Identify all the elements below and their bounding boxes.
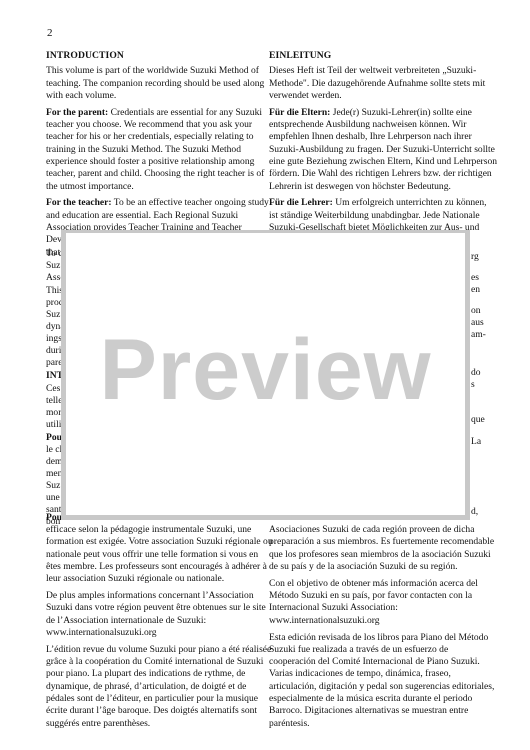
- clipped-text-fragment: mor: [46, 407, 61, 419]
- clipped-text-fragment: s: [471, 379, 475, 391]
- clipped-text-fragment: Suz: [46, 260, 60, 272]
- spanish-info-paragraph: Con el objetivo de obtener más informaci…: [269, 578, 497, 627]
- french-info-paragraph: De plus amples informations concernant l…: [46, 590, 274, 639]
- spanish-formation-paragraph: Asociaciones Suzuki de cada región prove…: [269, 524, 497, 573]
- introduction-heading: INTRODUCTION: [46, 50, 274, 62]
- fuer-die-lehrer-label: Für die Lehrer:: [269, 197, 333, 208]
- left-column-lower: efficace selon la pédagogie instrumental…: [46, 524, 274, 735]
- clipped-text-fragment: pare: [46, 357, 62, 369]
- clipped-text-fragment: d,: [471, 506, 478, 518]
- clipped-text-fragment: telle: [46, 395, 62, 407]
- introduction-paragraph: This volume is part of the worldwide Suz…: [46, 65, 274, 102]
- clipped-text-fragment: La: [471, 436, 481, 448]
- clipped-text-fragment: rg: [471, 251, 479, 263]
- clipped-text-fragment: aus: [471, 317, 484, 329]
- clipped-text-fragment: do: [471, 367, 481, 379]
- clipped-text-fragment: ings: [46, 333, 62, 345]
- french-edition-paragraph: L’édition revue du volume Suzuki pour pi…: [46, 644, 274, 730]
- for-parent-label: For the parent:: [46, 107, 108, 118]
- for-parent-paragraph: For the parent: Credentials are essentia…: [46, 107, 274, 193]
- right-column-lower: Asociaciones Suzuki de cada región prove…: [269, 524, 497, 735]
- clipped-text-fragment: am-: [471, 329, 486, 341]
- clipped-text-fragment: men: [46, 468, 62, 480]
- fuer-die-eltern-paragraph: Für die Eltern: Jede(r) Suzuki-Lehrer(in…: [269, 107, 497, 193]
- clipped-text-fragment: en: [471, 284, 480, 296]
- fuer-die-eltern-label: Für die Eltern:: [269, 107, 330, 118]
- page-number: 2: [47, 27, 53, 39]
- for-parent-text: Credentials are essential for any Suzuki…: [46, 107, 264, 192]
- clipped-text-fragment: Suz: [46, 480, 60, 492]
- clipped-text-fragment: que: [471, 414, 485, 426]
- clipped-text-fragment: on: [471, 305, 481, 317]
- preview-watermark-label: Preview: [99, 321, 431, 420]
- clipped-text-fragment: utili: [46, 419, 61, 431]
- clipped-text-fragment: Pou: [46, 512, 62, 524]
- clipped-text-fragment: Ces: [46, 383, 60, 395]
- einleitung-paragraph: Dieses Heft ist Teil der weltweit verbre…: [269, 65, 497, 102]
- french-formation-paragraph: efficace selon la pédagogie instrumental…: [46, 524, 274, 585]
- clipped-text-fragment: es: [471, 272, 479, 284]
- einleitung-heading: EINLEITUNG: [269, 50, 497, 62]
- preview-overlay: Preview: [61, 230, 470, 520]
- clipped-text-fragment: une: [46, 492, 60, 504]
- fuer-die-eltern-text: Jede(r) Suzuki-Lehrer(in) sollte eine en…: [269, 107, 497, 192]
- for-teacher-label: For the teacher:: [46, 197, 112, 208]
- clipped-text-fragment: Suz: [46, 309, 60, 321]
- clipped-text-fragment: duri: [46, 345, 61, 357]
- clipped-text-fragment: le cl: [46, 444, 62, 456]
- clipped-text-fragment: dem: [46, 456, 62, 468]
- clipped-text-fragment: Pou: [46, 432, 62, 444]
- spanish-edition-paragraph: Esta edición revisada de los libros para…: [269, 632, 497, 730]
